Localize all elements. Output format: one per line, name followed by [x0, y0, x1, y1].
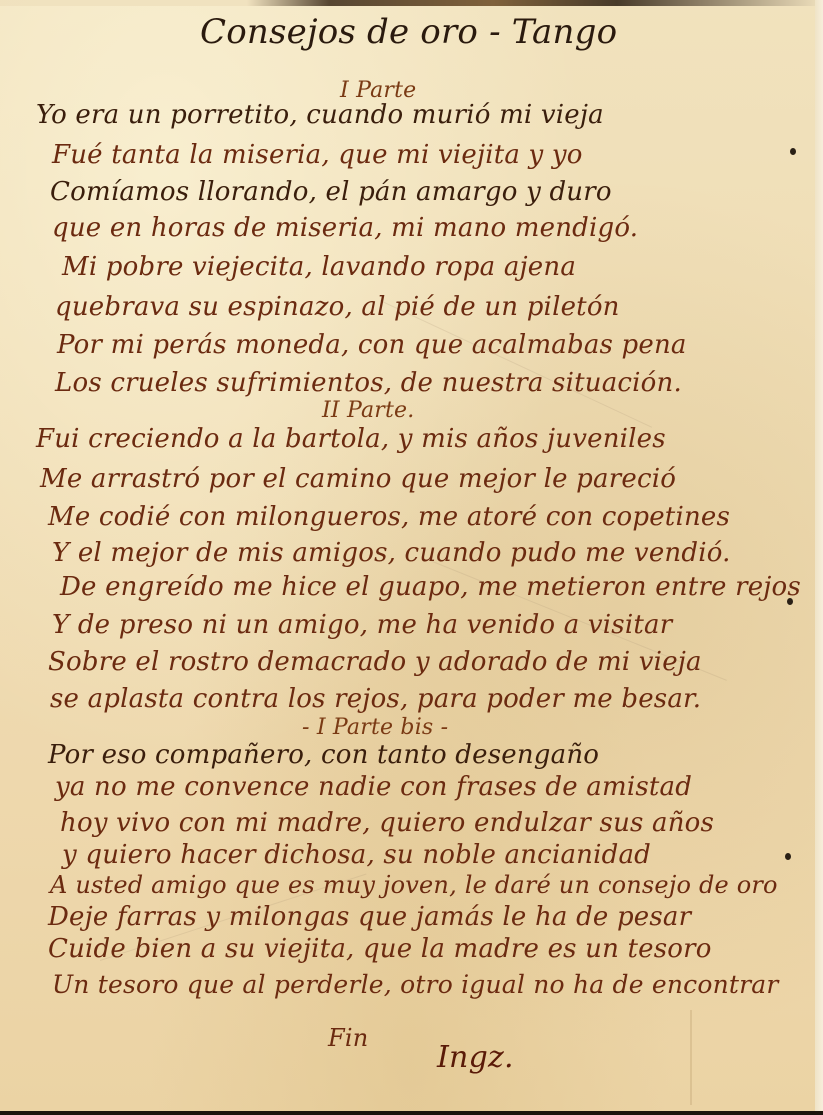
lyric-line: Me codié con milongueros, me atoré con c…	[48, 502, 730, 532]
lyric-line: Deje farras y milongas que jamás le ha d…	[48, 902, 691, 932]
lyric-line: Y de preso ni un amigo, me ha venido a v…	[52, 610, 672, 640]
lyric-line: Mi pobre viejecita, lavando ropa ajena	[62, 252, 576, 282]
section-heading: II Parte.	[322, 398, 414, 423]
document-title: Consejos de oro - Tango	[200, 12, 617, 52]
lyric-line: Por mi perás moneda, con que acalmabas p…	[57, 330, 687, 360]
fin-label: Fin	[328, 1024, 368, 1052]
lyric-line: Fué tanta la miseria, que mi viejita y y…	[52, 140, 583, 170]
lyric-line: Yo era un porretito, cuando murió mi vie…	[36, 100, 604, 130]
punch-hole	[785, 853, 791, 860]
scan-edge-bottom	[0, 1111, 823, 1115]
author-signature: Ingz.	[437, 1040, 514, 1075]
lyric-line: y quiero hacer dichosa, su noble anciani…	[62, 840, 651, 870]
lyric-line: De engreído me hice el guapo, me metiero…	[60, 572, 801, 602]
lyric-line: Cuide bien a su viejita, que la madre es…	[48, 934, 712, 964]
lyric-line: Por eso compañero, con tanto desengaño	[48, 740, 599, 770]
lyric-line: Y el mejor de mis amigos, cuando pudo me…	[52, 538, 731, 568]
lyric-line: Fui creciendo a la bartola, y mis años j…	[36, 424, 666, 454]
scan-edge-top	[0, 0, 823, 6]
punch-hole	[790, 148, 796, 155]
paper-fold	[690, 1010, 692, 1105]
lyric-line: Sobre el rostro demacrado y adorado de m…	[48, 647, 702, 677]
lyric-line: que en horas de miseria, mi mano mendigó…	[52, 213, 638, 243]
lyric-line: ya no me convence nadie con frases de am…	[55, 772, 692, 802]
lyric-line: quebrava su espinazo, al pié de un pilet…	[55, 292, 620, 322]
lyric-line: Un tesoro que al perderle, otro igual no…	[52, 970, 779, 1000]
lyric-line: Los crueles sufrimientos, de nuestra sit…	[55, 368, 682, 398]
section-heading: - I Parte bis -	[302, 715, 448, 740]
lyric-line: Me arrastró por el camino que mejor le p…	[40, 464, 676, 494]
lyric-line: hoy vivo con mi madre, quiero endulzar s…	[60, 808, 714, 838]
lyric-line: se aplasta contra los rejos, para poder …	[50, 684, 701, 714]
lyric-line: Comíamos llorando, el pán amargo y duro	[50, 177, 612, 207]
manuscript-page: Consejos de oro - Tango I Parte Yo era u…	[0, 0, 823, 1115]
scan-edge-right	[815, 0, 823, 1115]
lyric-line: A usted amigo que es muy joven, le daré …	[50, 870, 778, 900]
